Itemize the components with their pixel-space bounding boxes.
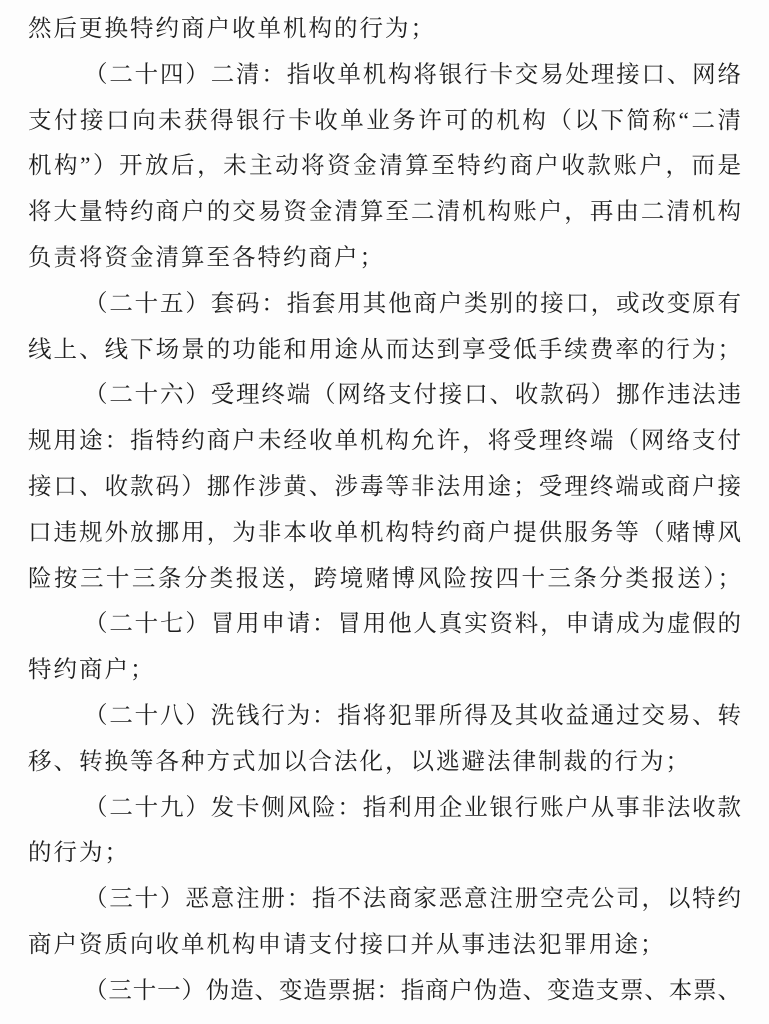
text-line: （三十一）伪造、变造票据：指商户伪造、变造支票、本票、 [28,969,741,1015]
text-line: 线上、线下场景的功能和用途从而达到享受低手续费率的行为； [28,328,741,374]
text-line: 接口、收款码）挪作涉黄、涉毒等非法用途；受理终端或商户接 [28,465,741,511]
text-line: 规用途：指特约商户未经收单机构允许，将受理终端（网络支付 [28,419,741,465]
text-line: （二十五）套码：指套用其他商户类别的接口，或改变原有 [28,282,741,328]
text-line: 然后更换特约商户收单机构的行为； [28,7,741,53]
text-line: （二十六）受理终端（网络支付接口、收款码）挪作违法违 [28,373,741,419]
text-line: 的行为； [28,831,741,877]
document-page: 然后更换特约商户收单机构的行为； （二十四）二清：指收单机构将银行卡交易处理接口… [0,0,769,1024]
text-line: （二十七）冒用申请：冒用他人真实资料，申请成为虚假的 [28,602,741,648]
text-line: 负责将资金清算至各特约商户； [28,236,741,282]
text-line: （二十八）洗钱行为：指将犯罪所得及其收益通过交易、转 [28,694,741,740]
text-line: 机构”）开放后，未主动将资金清算至特约商户收款账户，而是 [28,144,741,190]
text-line: 将大量特约商户的交易资金清算至二清机构账户，再由二清机构 [28,190,741,236]
text-line: （二十九）发卡侧风险：指利用企业银行账户从事非法收款 [28,786,741,832]
text-line: 商户资质向收单机构申请支付接口并从事违法犯罪用途； [28,923,741,969]
text-line: 特约商户； [28,648,741,694]
text-line: 移、转换等各种方式加以合法化，以逃避法律制裁的行为； [28,740,741,786]
text-line: 口违规外放挪用，为非本收单机构特约商户提供服务等（赌博风 [28,511,741,557]
text-line: （三十）恶意注册：指不法商家恶意注册空壳公司，以特约 [28,877,741,923]
text-line: 险按三十三条分类报送，跨境赌博风险按四十三条分类报送）； [28,557,741,603]
text-line: 支付接口向未获得银行卡收单业务许可的机构（以下简称“二清 [28,99,741,145]
text-line: （二十四）二清：指收单机构将银行卡交易处理接口、网络 [28,53,741,99]
